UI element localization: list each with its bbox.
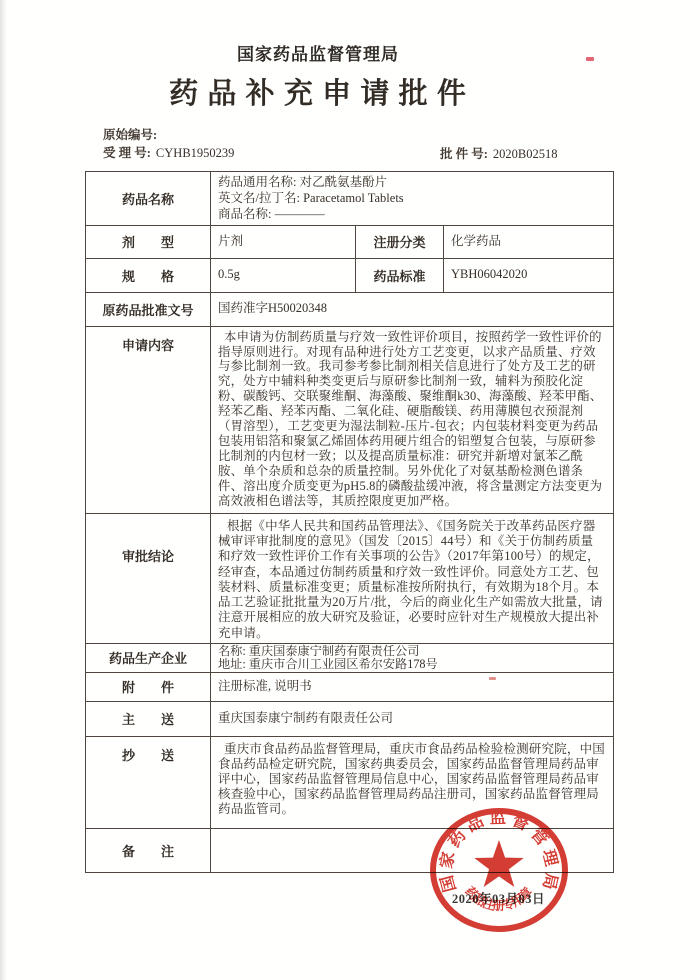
table-row-approval-conclusion: 审批结论 根据《中华人民共和国药品管理法》、《国务院关于改革药品医疗器械审评审批…: [86, 513, 614, 643]
seal-star-icon: [474, 840, 523, 887]
drug-standard-label: 药品标准: [356, 258, 444, 292]
table-row-attachments: 附 件 注册标准, 说明书: [86, 672, 614, 701]
scan-artifact-top: [586, 57, 594, 61]
agency-title: 国家药品监督管理局: [0, 40, 636, 65]
approval-document-page: 国家药品监督管理局 药 品 补 充 申 请 批 件 原始编号: 受 理 号:CY…: [0, 0, 700, 980]
meta-left-block: 原始编号: 受 理 号:CYHB1950239: [103, 126, 234, 162]
acceptance-number-value: CYHB1950239: [156, 146, 234, 160]
copy-recipients-label: 抄 送: [86, 736, 211, 828]
acceptance-number-row: 受 理 号:CYHB1950239: [103, 144, 234, 162]
original-number-row: 原始编号:: [103, 126, 234, 144]
dosage-form-value: 片剂: [211, 225, 356, 258]
approval-conclusion-label: 审批结论: [86, 513, 211, 643]
english-name-line: 英文名/拉丁名: Paracetamol Tablets: [218, 190, 606, 206]
application-content-text: 本申请为仿制药质量与疗效一致性评价项目，按照药学一致性评价的指导原则进行。对现有…: [218, 330, 606, 509]
attachments-value: 注册标准, 说明书: [211, 672, 614, 701]
trade-name-line: 商品名称: ————: [218, 206, 606, 222]
specification-label: 规 格: [86, 258, 211, 292]
registration-class-value: 化学药品: [444, 225, 614, 258]
original-approval-no-label: 原药品批准文号: [86, 292, 211, 326]
manufacturer-value: 名称: 重庆国泰康宁制药有限责任公司 地址: 重庆市合川工业园区希尔安路178号: [211, 643, 614, 672]
manufacturer-label: 药品生产企业: [86, 643, 211, 672]
attachments-label: 附 件: [86, 672, 211, 701]
main-recipient-label: 主 送: [86, 701, 211, 736]
scan-artifact-middle: [489, 677, 496, 680]
approval-table: 药品名称 药品通用名称: 对乙酰氨基酚片 英文名/拉丁名: Paracetamo…: [85, 171, 614, 873]
dosage-form-label: 剂 型: [86, 225, 211, 258]
table-row-dosage-form: 剂 型 片剂 注册分类 化学药品: [86, 225, 614, 258]
seal-date: 2020年03月03日: [452, 889, 572, 907]
table-row-drug-name: 药品名称 药品通用名称: 对乙酰氨基酚片 英文名/拉丁名: Paracetamo…: [86, 172, 614, 226]
application-content-value: 本申请为仿制药质量与疗效一致性评价项目，按照药学一致性评价的指导原则进行。对现有…: [211, 326, 614, 513]
official-seal: 国家药品监督管理局 药品注册专用章: [424, 806, 574, 941]
manufacturer-address-line: 地址: 重庆市合川工业园区希尔安路178号: [218, 658, 606, 671]
table-row-original-approval-no: 原药品批准文号 国药准字H50020348: [86, 292, 614, 326]
approval-conclusion-value: 根据《中华人民共和国药品管理法》、《国务院关于改革药品医疗器械审评审批制度的意见…: [211, 513, 614, 643]
table-row-manufacturer: 药品生产企业 名称: 重庆国泰康宁制药有限责任公司 地址: 重庆市合川工业园区希…: [86, 643, 614, 672]
drug-standard-value: YBH06042020: [444, 258, 614, 292]
generic-name-line: 药品通用名称: 对乙酰氨基酚片: [218, 174, 606, 190]
original-number-label: 原始编号:: [103, 128, 157, 142]
registration-class-label: 注册分类: [356, 225, 444, 258]
specification-value: 0.5g: [211, 258, 356, 292]
application-content-label: 申请内容: [86, 326, 211, 513]
remarks-label: 备 注: [86, 828, 211, 872]
drug-name-value: 药品通用名称: 对乙酰氨基酚片 英文名/拉丁名: Paracetamol Tab…: [211, 172, 614, 226]
approval-number-row: 批 件 号:2020B02518: [440, 144, 558, 162]
approval-number-label: 批 件 号:: [440, 147, 488, 161]
table-row-specification: 规 格 0.5g 药品标准 YBH06042020: [86, 258, 614, 292]
table-row-main-recipient: 主 送 重庆国泰康宁制药有限责任公司: [86, 701, 614, 736]
original-approval-no-value: 国药准字H50020348: [211, 292, 614, 326]
table-row-application-content: 申请内容 本申请为仿制药质量与疗效一致性评价项目，按照药学一致性评价的指导原则进…: [86, 326, 614, 513]
approval-number-value: 2020B02518: [493, 147, 558, 161]
document-title: 药 品 补 充 申 请 批 件: [0, 71, 636, 112]
drug-name-label: 药品名称: [86, 172, 211, 226]
approval-conclusion-text: 根据《中华人民共和国药品管理法》、《国务院关于改革药品医疗器械审评审批制度的意见…: [218, 519, 606, 641]
acceptance-number-label: 受 理 号:: [103, 146, 151, 160]
main-recipient-value: 重庆国泰康宁制药有限责任公司: [211, 701, 614, 736]
